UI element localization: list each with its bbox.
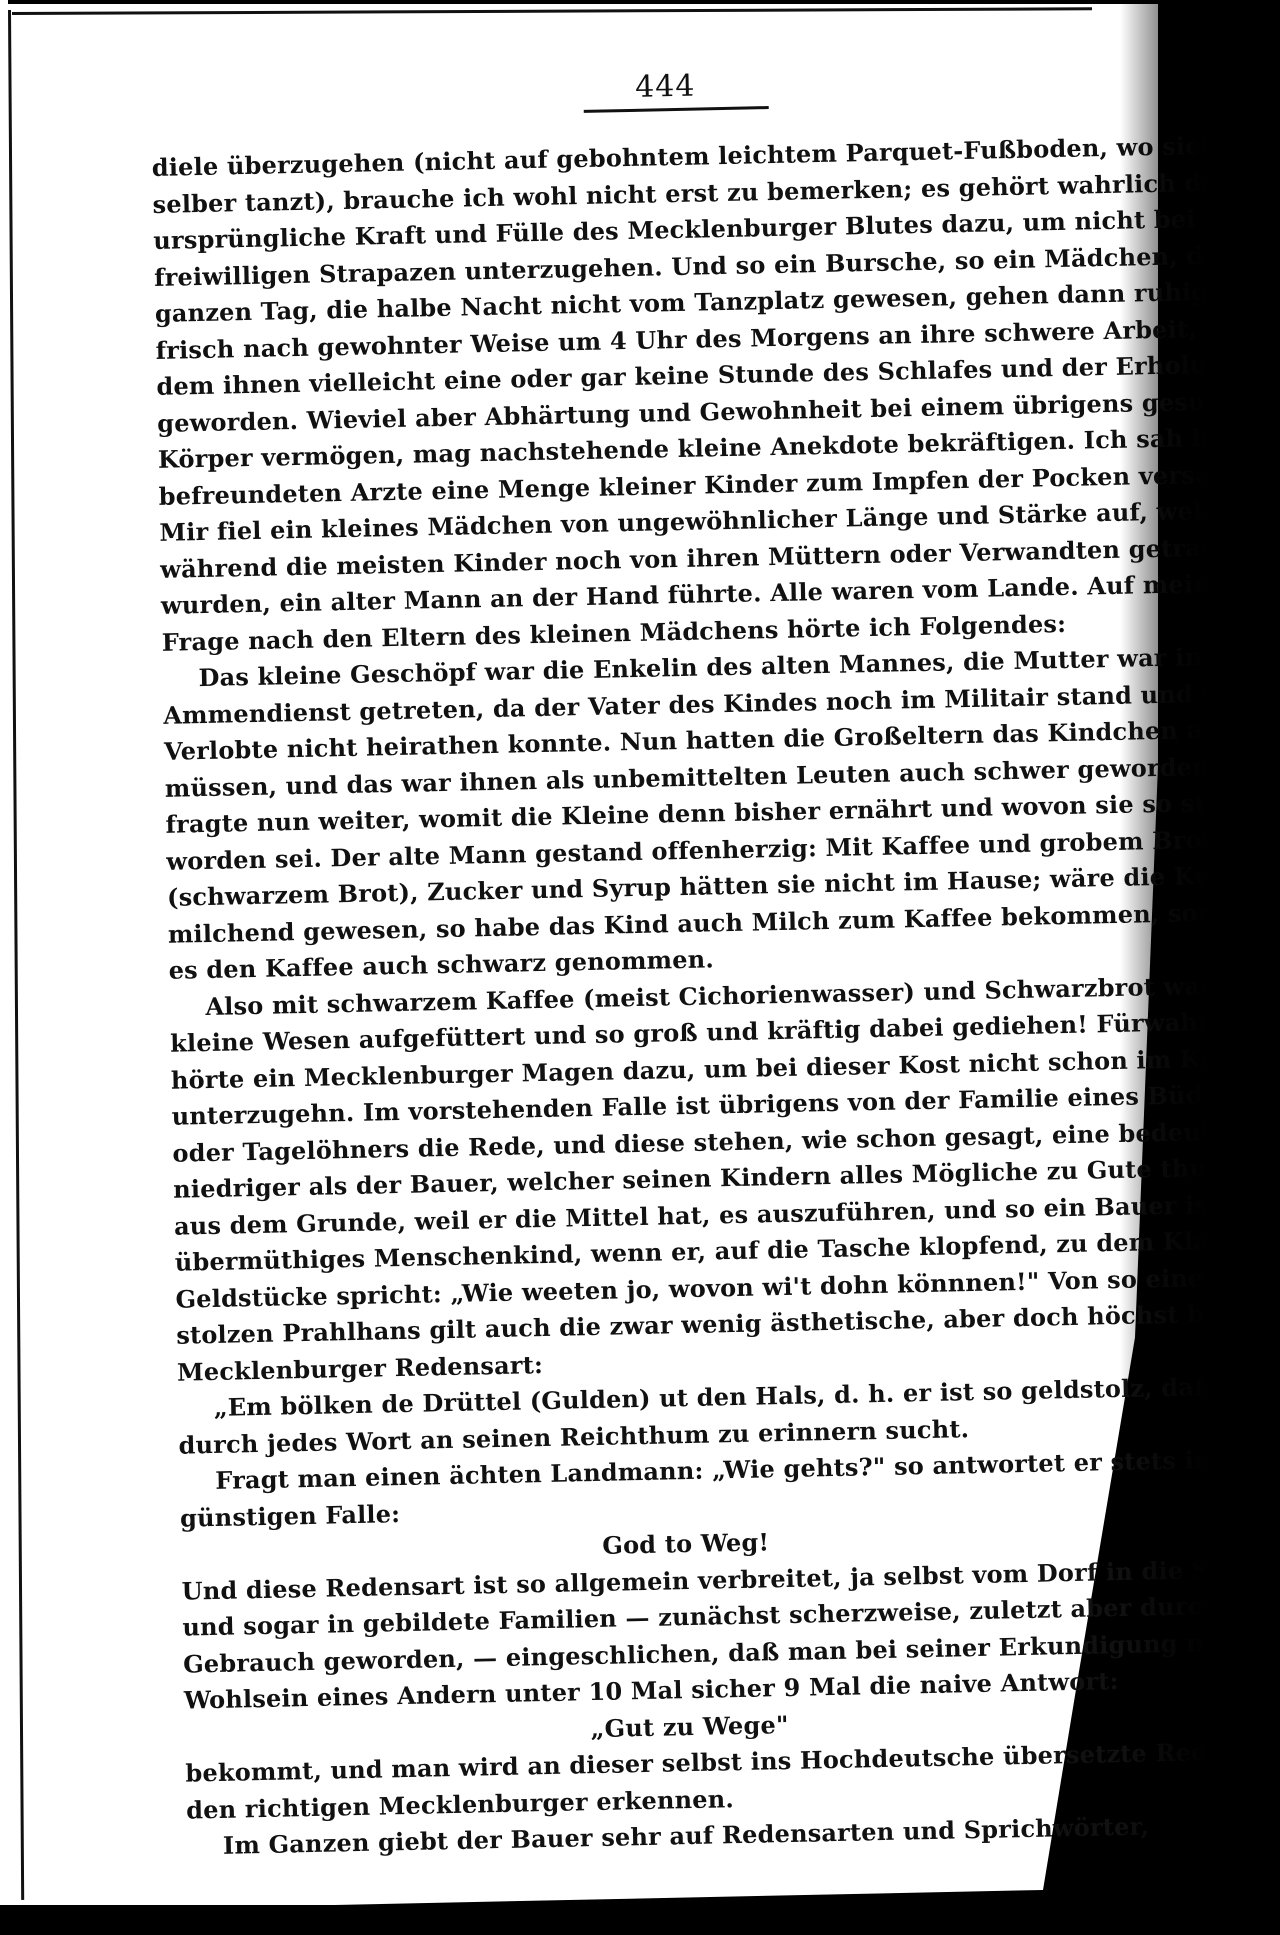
body-text: diele überzugehen (nicht auf gebohntem l…	[151, 129, 1177, 1865]
scan-shadow-right	[1120, 0, 1280, 1935]
header-rule	[583, 106, 768, 113]
page-content: 444 diele überzugehen (nicht auf gebohnt…	[150, 59, 1177, 1865]
scan-left-edge	[0, 0, 8, 1935]
scan-shadow-bottom	[0, 1905, 1280, 1935]
